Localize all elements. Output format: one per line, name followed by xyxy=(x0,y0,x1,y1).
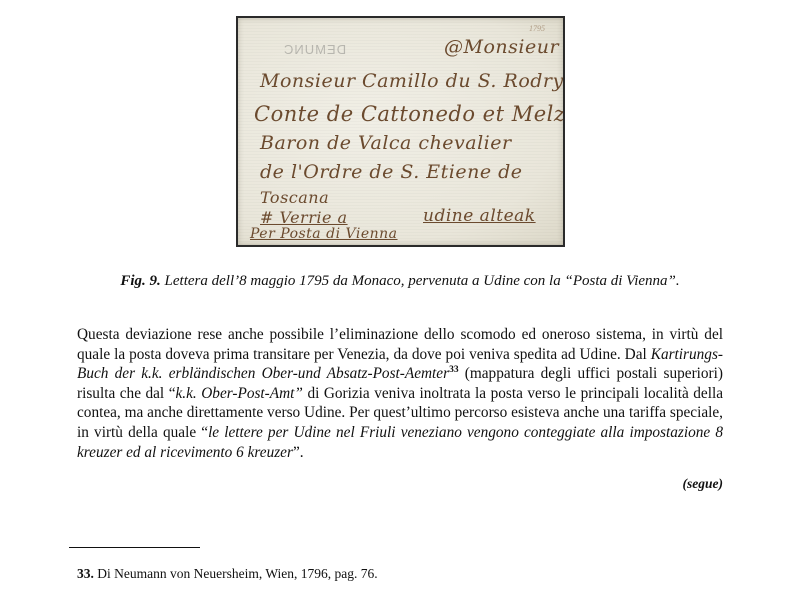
figure-caption: Fig. 9. Lettera dell’8 maggio 1795 da Mo… xyxy=(0,273,800,290)
body-paragraph: Questa deviazione rese anche possibile l… xyxy=(77,325,723,462)
footnote-text: Di Neumann von Neuersheim, Wien, 1796, p… xyxy=(94,566,378,581)
docket-note: 1795 xyxy=(529,24,545,33)
footnote-reference[interactable]: 33 xyxy=(449,365,459,375)
continued-note: (segue) xyxy=(683,476,724,492)
handwriting-line: Conte de Cattonedo et Melz xyxy=(254,102,565,126)
text-segment: ”. xyxy=(293,444,304,461)
letter-figure-image: DEMUNC 1795 @Monsieur Monsieur Camillo d… xyxy=(236,16,565,247)
handwriting-line: Baron de Valca chevalier xyxy=(260,132,512,154)
handwriting-line: Toscana xyxy=(260,188,329,207)
handwriting-line: de l'Ordre de S. Etiene de xyxy=(260,161,523,183)
footnote-number: 33. xyxy=(77,566,94,581)
figure-label: Fig. 9. xyxy=(120,273,160,289)
handwriting-line: Monsieur Camillo du S. Rodry xyxy=(260,70,564,92)
handwriting-line: # Verrie a xyxy=(260,208,348,227)
handwriting-line: udine alteak xyxy=(423,206,536,226)
italic-term: k.k. Ober-Post-Amt” xyxy=(176,385,303,402)
handwriting-line: Per Posta di Vienna xyxy=(250,226,398,242)
footnote: 33. Di Neumann von Neuersheim, Wien, 179… xyxy=(77,566,378,582)
handwriting-line: @Monsieur xyxy=(444,36,559,58)
footnote-divider xyxy=(69,547,200,548)
postmark-stamp: DEMUNC xyxy=(283,42,346,57)
text-segment: Questa deviazione rese anche possibile l… xyxy=(77,326,723,363)
caption-text: Lettera dell’8 maggio 1795 da Monaco, pe… xyxy=(161,273,680,289)
